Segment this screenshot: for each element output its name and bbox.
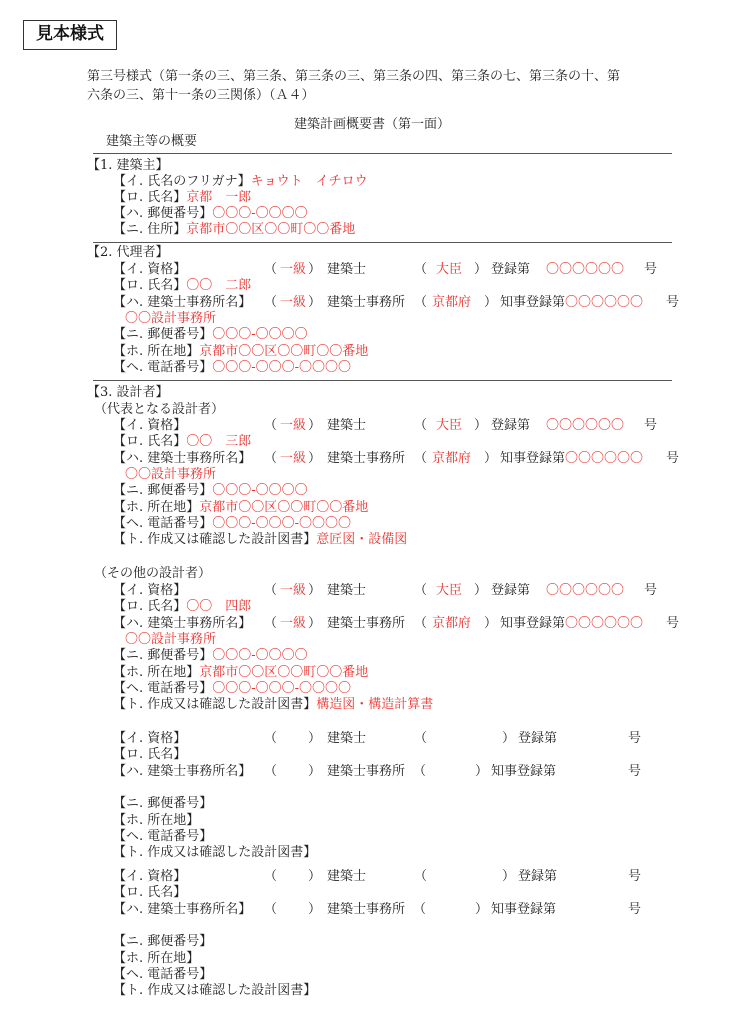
field-label: 【ト. 作成又は確認した設計図書】: [113, 532, 316, 547]
field-value: 〇〇〇-〇〇〇〇: [212, 648, 307, 663]
document-subtitle: 建築主等の概要: [106, 134, 197, 150]
field-label: 【ニ. 住所】: [113, 222, 186, 237]
office-prefecture: 京都府: [432, 295, 471, 311]
field-qualification: 【イ. 資格】 （ ） 建築士 （ ） 登録第 号: [0, 869, 752, 885]
field-value: 〇〇〇-〇〇〇-〇〇〇〇: [212, 360, 351, 375]
field-label: 【イ. 資格】: [113, 262, 186, 278]
field-value: 意匠図・設備図: [316, 532, 407, 547]
office-reg-number: 〇〇〇〇〇〇: [565, 295, 643, 311]
field-label: 【ロ. 氏名】: [113, 278, 186, 293]
field-phone: 【ヘ. 電話番号】〇〇〇-〇〇〇-〇〇〇〇: [113, 516, 351, 532]
field-label: 【ロ. 氏名】: [113, 599, 186, 614]
field-value: 京都市〇〇区〇〇町〇〇番地: [199, 344, 368, 359]
field-label: 【ハ. 郵便番号】: [113, 206, 212, 221]
field-label: 【ヘ. 電話番号】: [113, 681, 212, 696]
field-label: 【ハ. 建築士事務所名】: [113, 451, 251, 467]
field-label: 【ロ. 氏名】: [113, 434, 186, 449]
qual-registrar: 大臣: [436, 418, 462, 434]
field-value: 〇〇〇-〇〇〇〇: [212, 483, 307, 498]
field-office: 【ハ. 建築士事務所名】 （ 一級 ） 建築士事務所 （ 京都府 ） 知事登録第…: [0, 295, 752, 311]
reg-number: 〇〇〇〇〇〇: [546, 262, 624, 278]
field-drawings: 【ト. 作成又は確認した設計図書】: [113, 983, 316, 999]
other-designers-label: （その他の設計者）: [94, 566, 211, 582]
sample-form-stamp: 見本様式: [23, 20, 117, 50]
reg-number: 〇〇〇〇〇〇: [546, 583, 624, 599]
field-label: 【イ. 資格】: [113, 583, 186, 599]
field-qualification: 【イ. 資格】 （ 一級 ） 建築士 （ 大臣 ） 登録第 〇〇〇〇〇〇 号: [0, 418, 752, 434]
field-label: 【ト. 作成又は確認した設計図書】: [113, 697, 316, 712]
field-value: 京都市〇〇区〇〇町〇〇番地: [199, 665, 368, 680]
field-qualification: 【イ. 資格】 （ 一級 ） 建築士 （ 大臣 ） 登録第 〇〇〇〇〇〇 号: [0, 583, 752, 599]
qual-grade: 一級: [280, 262, 306, 278]
reg-number: 〇〇〇〇〇〇: [546, 418, 624, 434]
field-phone: 【ヘ. 電話番号】〇〇〇-〇〇〇-〇〇〇〇: [113, 681, 351, 697]
office-name: 〇〇設計事務所: [125, 632, 216, 648]
field-name: 【ロ. 氏名】〇〇 四郎: [113, 599, 251, 615]
qual-registrar: 大臣: [436, 583, 462, 599]
field-label: 【ヘ. 電話番号】: [113, 829, 212, 844]
section-heading: 【2. 代理者】: [87, 245, 169, 261]
field-postal: 【ニ. 郵便番号】: [113, 796, 212, 812]
field-name: 【ロ. 氏名】〇〇 三郎: [113, 434, 251, 450]
office-reg-number: 〇〇〇〇〇〇: [565, 616, 643, 632]
field-label: 【ニ. 郵便番号】: [113, 796, 212, 811]
field-office: 【ハ. 建築士事務所名】 （ 一級 ） 建築士事務所 （ 京都府 ） 知事登録第…: [0, 616, 752, 632]
field-postal: 【ニ. 郵便番号】〇〇〇-〇〇〇〇: [113, 327, 308, 343]
field-label: 【ニ. 郵便番号】: [113, 934, 212, 949]
office-grade: 一級: [280, 451, 306, 467]
field-drawings: 【ト. 作成又は確認した設計図書】意匠図・設備図: [113, 532, 407, 548]
field-label: 【ト. 作成又は確認した設計図書】: [113, 983, 316, 998]
field-label: 【ロ. 氏名】: [113, 747, 186, 762]
field-label: 【ハ. 建築士事務所名】: [113, 616, 251, 632]
field-value: 〇〇〇-〇〇〇-〇〇〇〇: [212, 681, 351, 696]
field-postal: 【ハ. 郵便番号】〇〇〇-〇〇〇〇: [113, 206, 308, 222]
field-label: 【ニ. 郵便番号】: [113, 327, 212, 342]
field-name: 【ロ. 氏名】〇〇 二郎: [113, 278, 251, 294]
field-name: 【ロ. 氏名】: [113, 885, 186, 901]
field-label: 【ロ. 氏名】: [113, 190, 186, 205]
qual-registrar: 大臣: [436, 262, 462, 278]
field-postal: 【ニ. 郵便番号】〇〇〇-〇〇〇〇: [113, 648, 308, 664]
field-value: 〇〇 四郎: [186, 599, 251, 614]
field-name: 【ロ. 氏名】: [113, 747, 186, 763]
rule-section1-end: [93, 242, 672, 243]
field-postal: 【ニ. 郵便番号】: [113, 934, 212, 950]
field-label: 【イ. 資格】: [113, 731, 186, 747]
field-postal: 【ニ. 郵便番号】〇〇〇-〇〇〇〇: [113, 483, 308, 499]
field-phone: 【ヘ. 電話番号】: [113, 967, 212, 983]
field-location: 【ホ. 所在地】: [113, 813, 199, 829]
office-reg-number: 〇〇〇〇〇〇: [565, 451, 643, 467]
field-location: 【ホ. 所在地】京都市〇〇区〇〇町〇〇番地: [113, 665, 368, 681]
field-label: 【ホ. 所在地】: [113, 665, 199, 680]
field-value: 〇〇〇-〇〇〇-〇〇〇〇: [212, 516, 351, 531]
rule-top: [93, 153, 672, 154]
field-location: 【ホ. 所在地】: [113, 951, 199, 967]
field-qualification: 【イ. 資格】 （ 一級 ） 建築士 （ 大臣 ） 登録第 〇〇〇〇〇〇 号: [0, 262, 752, 278]
office-name: 〇〇設計事務所: [125, 467, 216, 483]
field-drawings: 【ト. 作成又は確認した設計図書】: [113, 845, 316, 861]
field-label: 【イ. 資格】: [113, 869, 186, 885]
field-value: 〇〇〇-〇〇〇〇: [212, 206, 307, 221]
rule-section2-end: [93, 380, 672, 381]
office-grade: 一級: [280, 295, 306, 311]
form-header-line2: 六条の三、第十一条の三関係）（Ａ４）: [87, 88, 315, 104]
field-value: 〇〇 二郎: [186, 278, 251, 293]
field-label: 【ヘ. 電話番号】: [113, 360, 212, 375]
office-name: 〇〇設計事務所: [125, 311, 216, 327]
field-label: 【ハ. 建築士事務所名】: [113, 764, 251, 780]
field-label: 【イ. 資格】: [113, 418, 186, 434]
office-prefecture: 京都府: [432, 451, 471, 467]
field-furigana: 【イ. 氏名のフリガナ】キョウト イチロウ: [113, 174, 368, 190]
qual-grade: 一級: [280, 418, 306, 434]
office-prefecture: 京都府: [432, 616, 471, 632]
field-address: 【ニ. 住所】京都市〇〇区〇〇町〇〇番地: [113, 222, 355, 238]
representative-designer-label: （代表となる設計者）: [94, 402, 224, 418]
field-label: 【ニ. 郵便番号】: [113, 483, 212, 498]
field-label: 【ニ. 郵便番号】: [113, 648, 212, 663]
section-heading: 【3. 設計者】: [87, 385, 169, 401]
field-label: 【イ. 氏名のフリガナ】: [113, 174, 251, 189]
field-label: 【ホ. 所在地】: [113, 951, 199, 966]
field-phone: 【ヘ. 電話番号】〇〇〇-〇〇〇-〇〇〇〇: [113, 360, 351, 376]
field-value: 構造図・構造計算書: [316, 697, 433, 712]
field-label: 【ハ. 建築士事務所名】: [113, 295, 251, 311]
field-value: 〇〇 三郎: [186, 434, 251, 449]
form-header-line1: 第三号様式（第一条の三、第三条、第三条の三、第三条の四、第三条の七、第三条の十、…: [87, 69, 620, 85]
field-label: 【ホ. 所在地】: [113, 813, 199, 828]
field-name: 【ロ. 氏名】京都 一郎: [113, 190, 251, 206]
field-office: 【ハ. 建築士事務所名】 （ ） 建築士事務所 （ ） 知事登録第 号: [0, 764, 752, 780]
field-label: 【ホ. 所在地】: [113, 500, 199, 515]
field-label: 【ホ. 所在地】: [113, 344, 199, 359]
office-grade: 一級: [280, 616, 306, 632]
document-title: 建築計画概要書（第一面）: [294, 117, 450, 133]
field-office: 【ハ. 建築士事務所名】 （ ） 建築士事務所 （ ） 知事登録第 号: [0, 902, 752, 918]
field-value: キョウト イチロウ: [251, 174, 368, 189]
field-label: 【ト. 作成又は確認した設計図書】: [113, 845, 316, 860]
field-location: 【ホ. 所在地】京都市〇〇区〇〇町〇〇番地: [113, 500, 368, 516]
section-heading: 【1. 建築主】: [87, 158, 169, 174]
field-office: 【ハ. 建築士事務所名】 （ 一級 ） 建築士事務所 （ 京都府 ） 知事登録第…: [0, 451, 752, 467]
field-location: 【ホ. 所在地】京都市〇〇区〇〇町〇〇番地: [113, 344, 368, 360]
field-value: 京都 一郎: [186, 190, 251, 205]
field-label: 【ハ. 建築士事務所名】: [113, 902, 251, 918]
field-label: 【ロ. 氏名】: [113, 885, 186, 900]
field-phone: 【ヘ. 電話番号】: [113, 829, 212, 845]
field-qualification: 【イ. 資格】 （ ） 建築士 （ ） 登録第 号: [0, 731, 752, 747]
field-value: 京都市〇〇区〇〇町〇〇番地: [199, 500, 368, 515]
field-value: 〇〇〇-〇〇〇〇: [212, 327, 307, 342]
field-label: 【ヘ. 電話番号】: [113, 967, 212, 982]
qual-grade: 一級: [280, 583, 306, 599]
field-value: 京都市〇〇区〇〇町〇〇番地: [186, 222, 355, 237]
field-drawings: 【ト. 作成又は確認した設計図書】構造図・構造計算書: [113, 697, 433, 713]
field-label: 【ヘ. 電話番号】: [113, 516, 212, 531]
